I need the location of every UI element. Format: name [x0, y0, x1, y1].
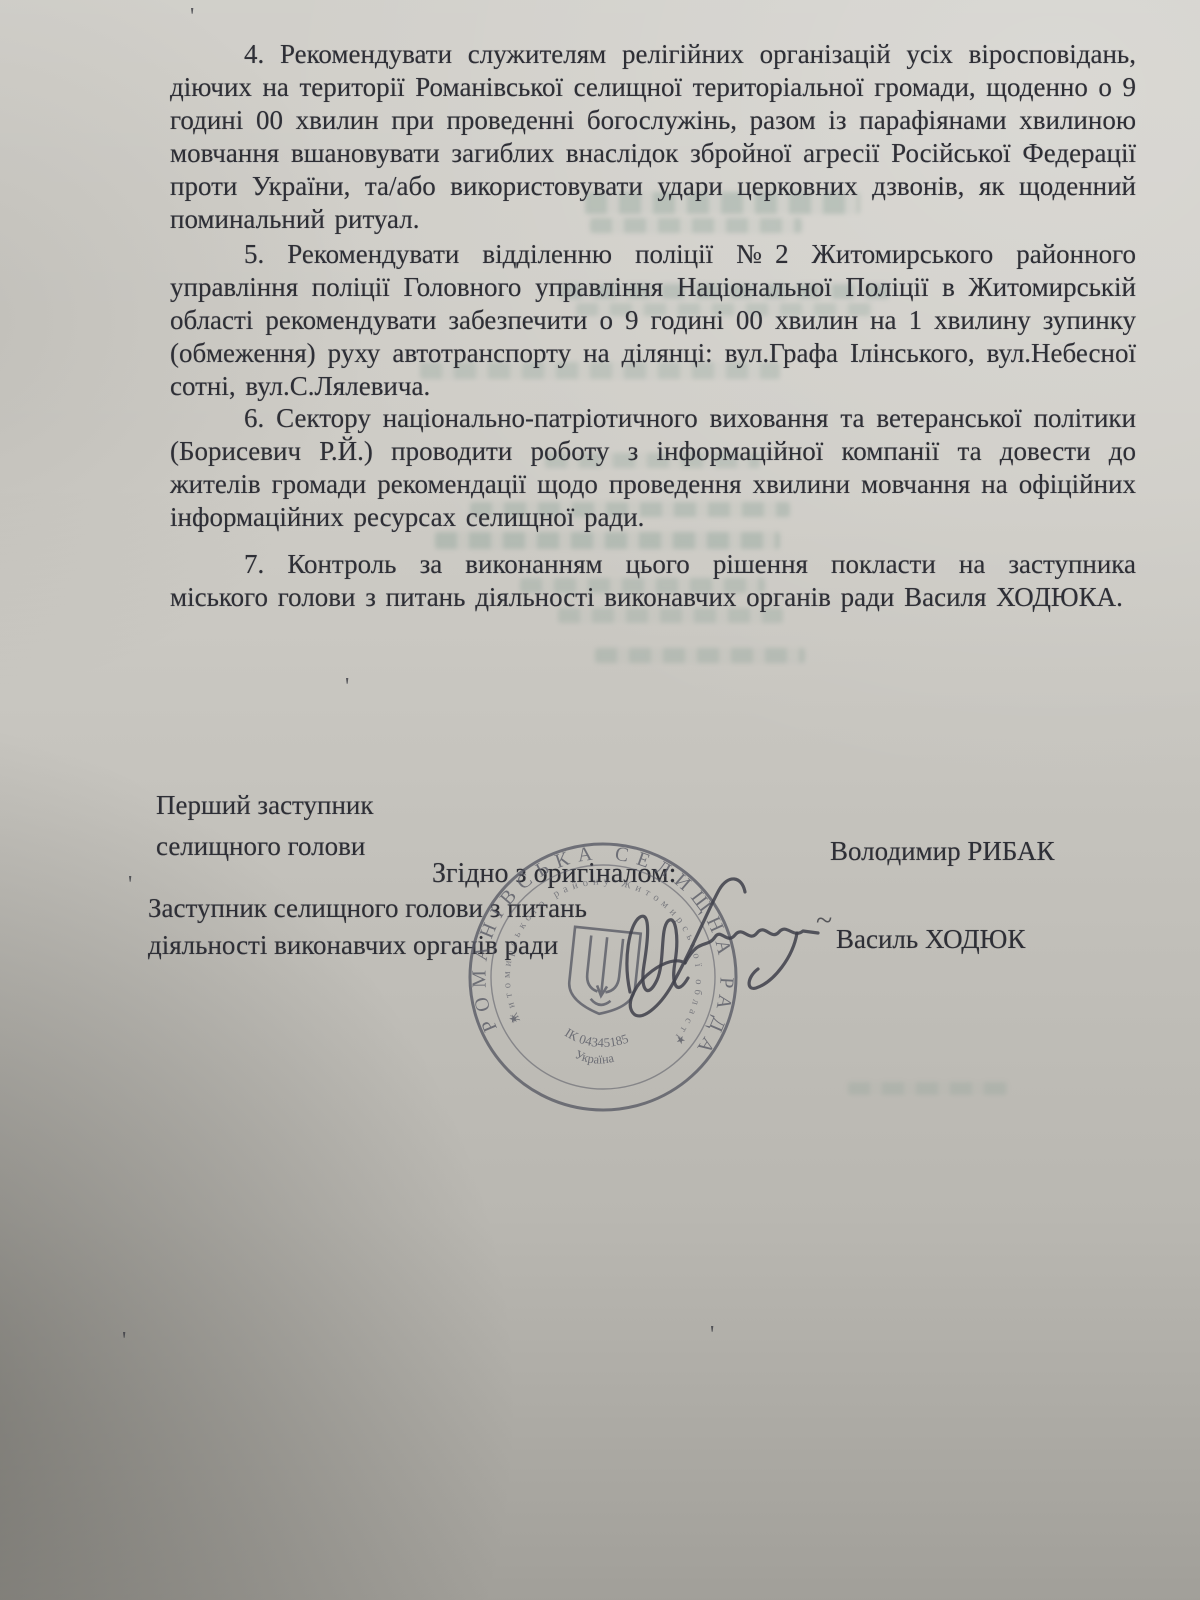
first-deputy-name: Володимир РИБАК: [830, 836, 1055, 867]
stray-mark: ': [710, 1322, 714, 1349]
signature-stroke: [627, 916, 688, 992]
paragraph-6: 6. Сектору національно-патріотичного вих…: [170, 402, 1136, 534]
stray-mark: ': [128, 872, 132, 899]
handwritten-signature: [560, 830, 860, 1035]
paragraph-7: 7. Контроль за виконанням цього рішення …: [170, 548, 1136, 614]
stray-mark: ': [190, 4, 194, 31]
bleedthrough-line: [595, 648, 805, 663]
stray-mark: ': [345, 674, 349, 701]
first-deputy-title-line1: Перший заступник: [156, 790, 373, 821]
first-deputy-title-line2: селищного голови: [156, 831, 365, 862]
stray-mark: ': [122, 1328, 126, 1355]
signature-stroke: [749, 933, 797, 988]
paragraph-5: 5. Рекомендувати відділенню поліції №2 Ж…: [170, 238, 1136, 403]
document-photo: 4. Рекомендувати служителям релігійних о…: [0, 0, 1200, 1600]
bleedthrough-line: [848, 1082, 1008, 1095]
bleedthrough-line: [435, 532, 780, 549]
stamp-country-text: Україна: [572, 1047, 617, 1069]
paragraph-4: 4. Рекомендувати служителям релігійних о…: [170, 38, 1136, 236]
deputy-name: Василь ХОДЮК: [836, 924, 1025, 955]
